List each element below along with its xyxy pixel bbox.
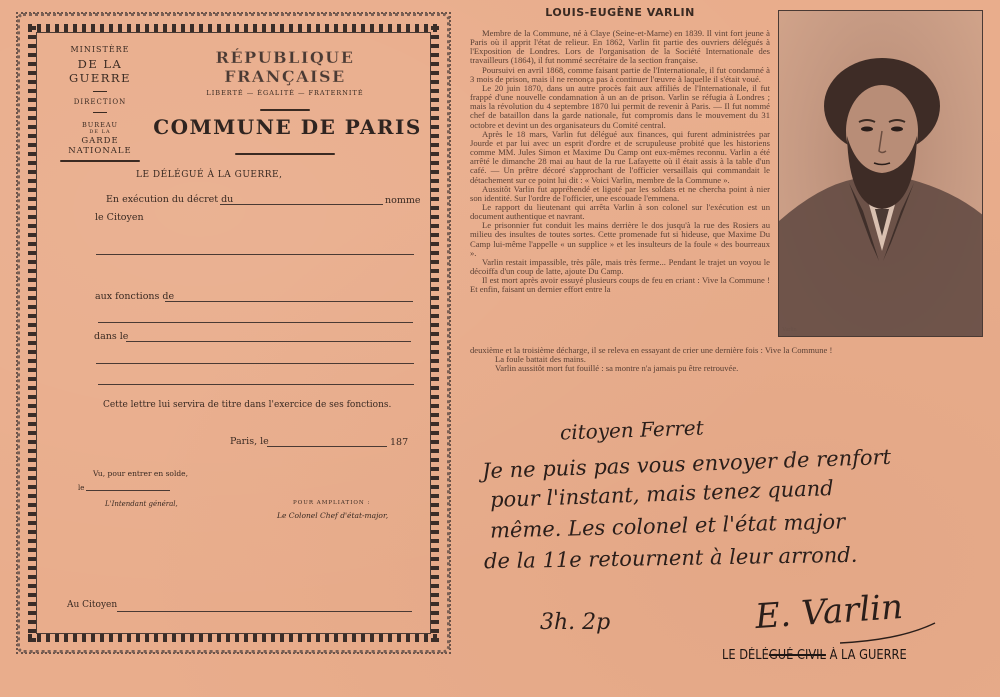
citizen-name-field[interactable] bbox=[96, 254, 414, 255]
article-tail: deuxième et la troisième décharge, il se… bbox=[470, 346, 995, 373]
ministry-title: DE LA GUERRE bbox=[50, 57, 150, 85]
unit-field[interactable] bbox=[126, 341, 411, 342]
functions-field-line2[interactable] bbox=[98, 322, 413, 323]
letter-line: de la 11e retournent à leur arrond. bbox=[484, 543, 858, 574]
ministry-line: MINISTÈRE bbox=[50, 45, 150, 54]
article-paragraph: Le 20 juin 1870, dans un autre procès fa… bbox=[470, 84, 770, 130]
article-body: Membre de la Commune, né à Claye (Seine-… bbox=[470, 29, 770, 295]
official-stamp: LE DÉLÉGUÉ CIVIL À LA GUERRE bbox=[722, 648, 907, 663]
place-date-label: Paris, le bbox=[230, 436, 269, 447]
addressee-field[interactable] bbox=[117, 611, 412, 612]
signature-flourish bbox=[840, 618, 940, 648]
article-paragraph: Le prisonnier fut conduit les mains derr… bbox=[470, 221, 770, 258]
citizen-label: le Citoyen bbox=[95, 212, 144, 223]
letter-line: même. Les colonel et l'état major bbox=[490, 509, 846, 542]
ampliation-label: POUR AMPLIATION : bbox=[293, 500, 370, 506]
colonel-label: Le Colonel Chef d'état-major, bbox=[277, 511, 388, 520]
stamp-struck-text: GUÉ CIVIL bbox=[769, 648, 826, 663]
solde-date-field[interactable] bbox=[86, 490, 170, 491]
article-paragraph: Le rapport du lieutenant qui arrêta Varl… bbox=[470, 203, 770, 221]
flourish-ornament bbox=[260, 109, 310, 111]
portrait-image: Varlin bbox=[778, 10, 983, 337]
direction-label: DIRECTION bbox=[50, 98, 150, 106]
decree-date-field[interactable] bbox=[220, 204, 383, 205]
article-paragraph: Après le 18 mars, Varlin fut délégué aux… bbox=[470, 130, 770, 185]
ministry-header: MINISTÈRE DE LA GUERRE DIRECTION BUREAU … bbox=[50, 45, 150, 162]
decree-suffix: nomme bbox=[385, 195, 420, 206]
republic-title: RÉPUBLIQUE FRANÇAISE bbox=[180, 48, 390, 86]
letter-salutation: citoyen Ferret bbox=[560, 416, 704, 445]
addressee-label: Au Citoyen bbox=[67, 600, 117, 610]
functions-label: aux fonctions de bbox=[95, 291, 174, 302]
functions-field[interactable] bbox=[165, 301, 413, 302]
seen-text: Vu, pour entrer en solde, bbox=[93, 469, 188, 478]
article-paragraph: Varlin aussitôt mort fut fouillé : sa mo… bbox=[470, 364, 995, 373]
flourish-ornament bbox=[60, 160, 140, 162]
de-la-label: DE LA bbox=[50, 129, 150, 135]
decree-label: En exécution du décret du bbox=[106, 194, 233, 205]
year-prefix: 187 bbox=[390, 437, 408, 448]
stamp-text: À LA GUERRE bbox=[826, 648, 907, 663]
article-paragraph: Aussitôt Varlin fut appréhendé et ligoté… bbox=[470, 185, 770, 203]
in-label: dans le bbox=[94, 331, 128, 342]
unit-field-line2[interactable] bbox=[96, 363, 414, 364]
le-label: le bbox=[78, 484, 84, 492]
article-title: LOUIS-EUGÈNE VARLIN bbox=[470, 6, 770, 19]
form-title: COMMUNE DE PARIS bbox=[150, 115, 425, 139]
divider bbox=[93, 91, 107, 92]
article-paragraph: Il est mort après avoir essuyé plusieurs… bbox=[470, 276, 770, 294]
republic-motto: LIBERTÉ — ÉGALITÉ — FRATERNITÉ bbox=[180, 89, 390, 97]
bureau-label: BUREAU bbox=[50, 121, 150, 129]
unit-field-line3[interactable] bbox=[98, 384, 414, 385]
body-text: Cette lettre lui servira de titre dans l… bbox=[103, 400, 391, 410]
garde-nationale-label: GARDE NATIONALE bbox=[50, 136, 150, 156]
divider bbox=[93, 112, 107, 113]
portrait-caption: Varlin bbox=[782, 327, 797, 333]
republic-header: RÉPUBLIQUE FRANÇAISE LIBERTÉ — ÉGALITÉ —… bbox=[180, 48, 390, 111]
stamp-text: LE DÉLÉ bbox=[722, 648, 769, 663]
letter-line: pour l'instant, mais tenez quand bbox=[490, 476, 834, 512]
portrait-illustration bbox=[779, 11, 983, 337]
article-paragraph: Membre de la Commune, né à Claye (Seine-… bbox=[470, 29, 770, 66]
intendant-label: L'Intendant général, bbox=[105, 500, 178, 508]
article-paragraph: Poursuivi en avril 1868, comme faisant p… bbox=[470, 66, 770, 84]
date-field[interactable] bbox=[267, 446, 387, 447]
article-paragraph: Varlin restait impassible, très pâle, ma… bbox=[470, 258, 770, 276]
flourish-ornament bbox=[235, 153, 335, 155]
issuer-line: LE DÉLÉGUÉ À LA GUERRE, bbox=[136, 170, 282, 180]
letter-time: 3h. 2p bbox=[540, 610, 610, 635]
